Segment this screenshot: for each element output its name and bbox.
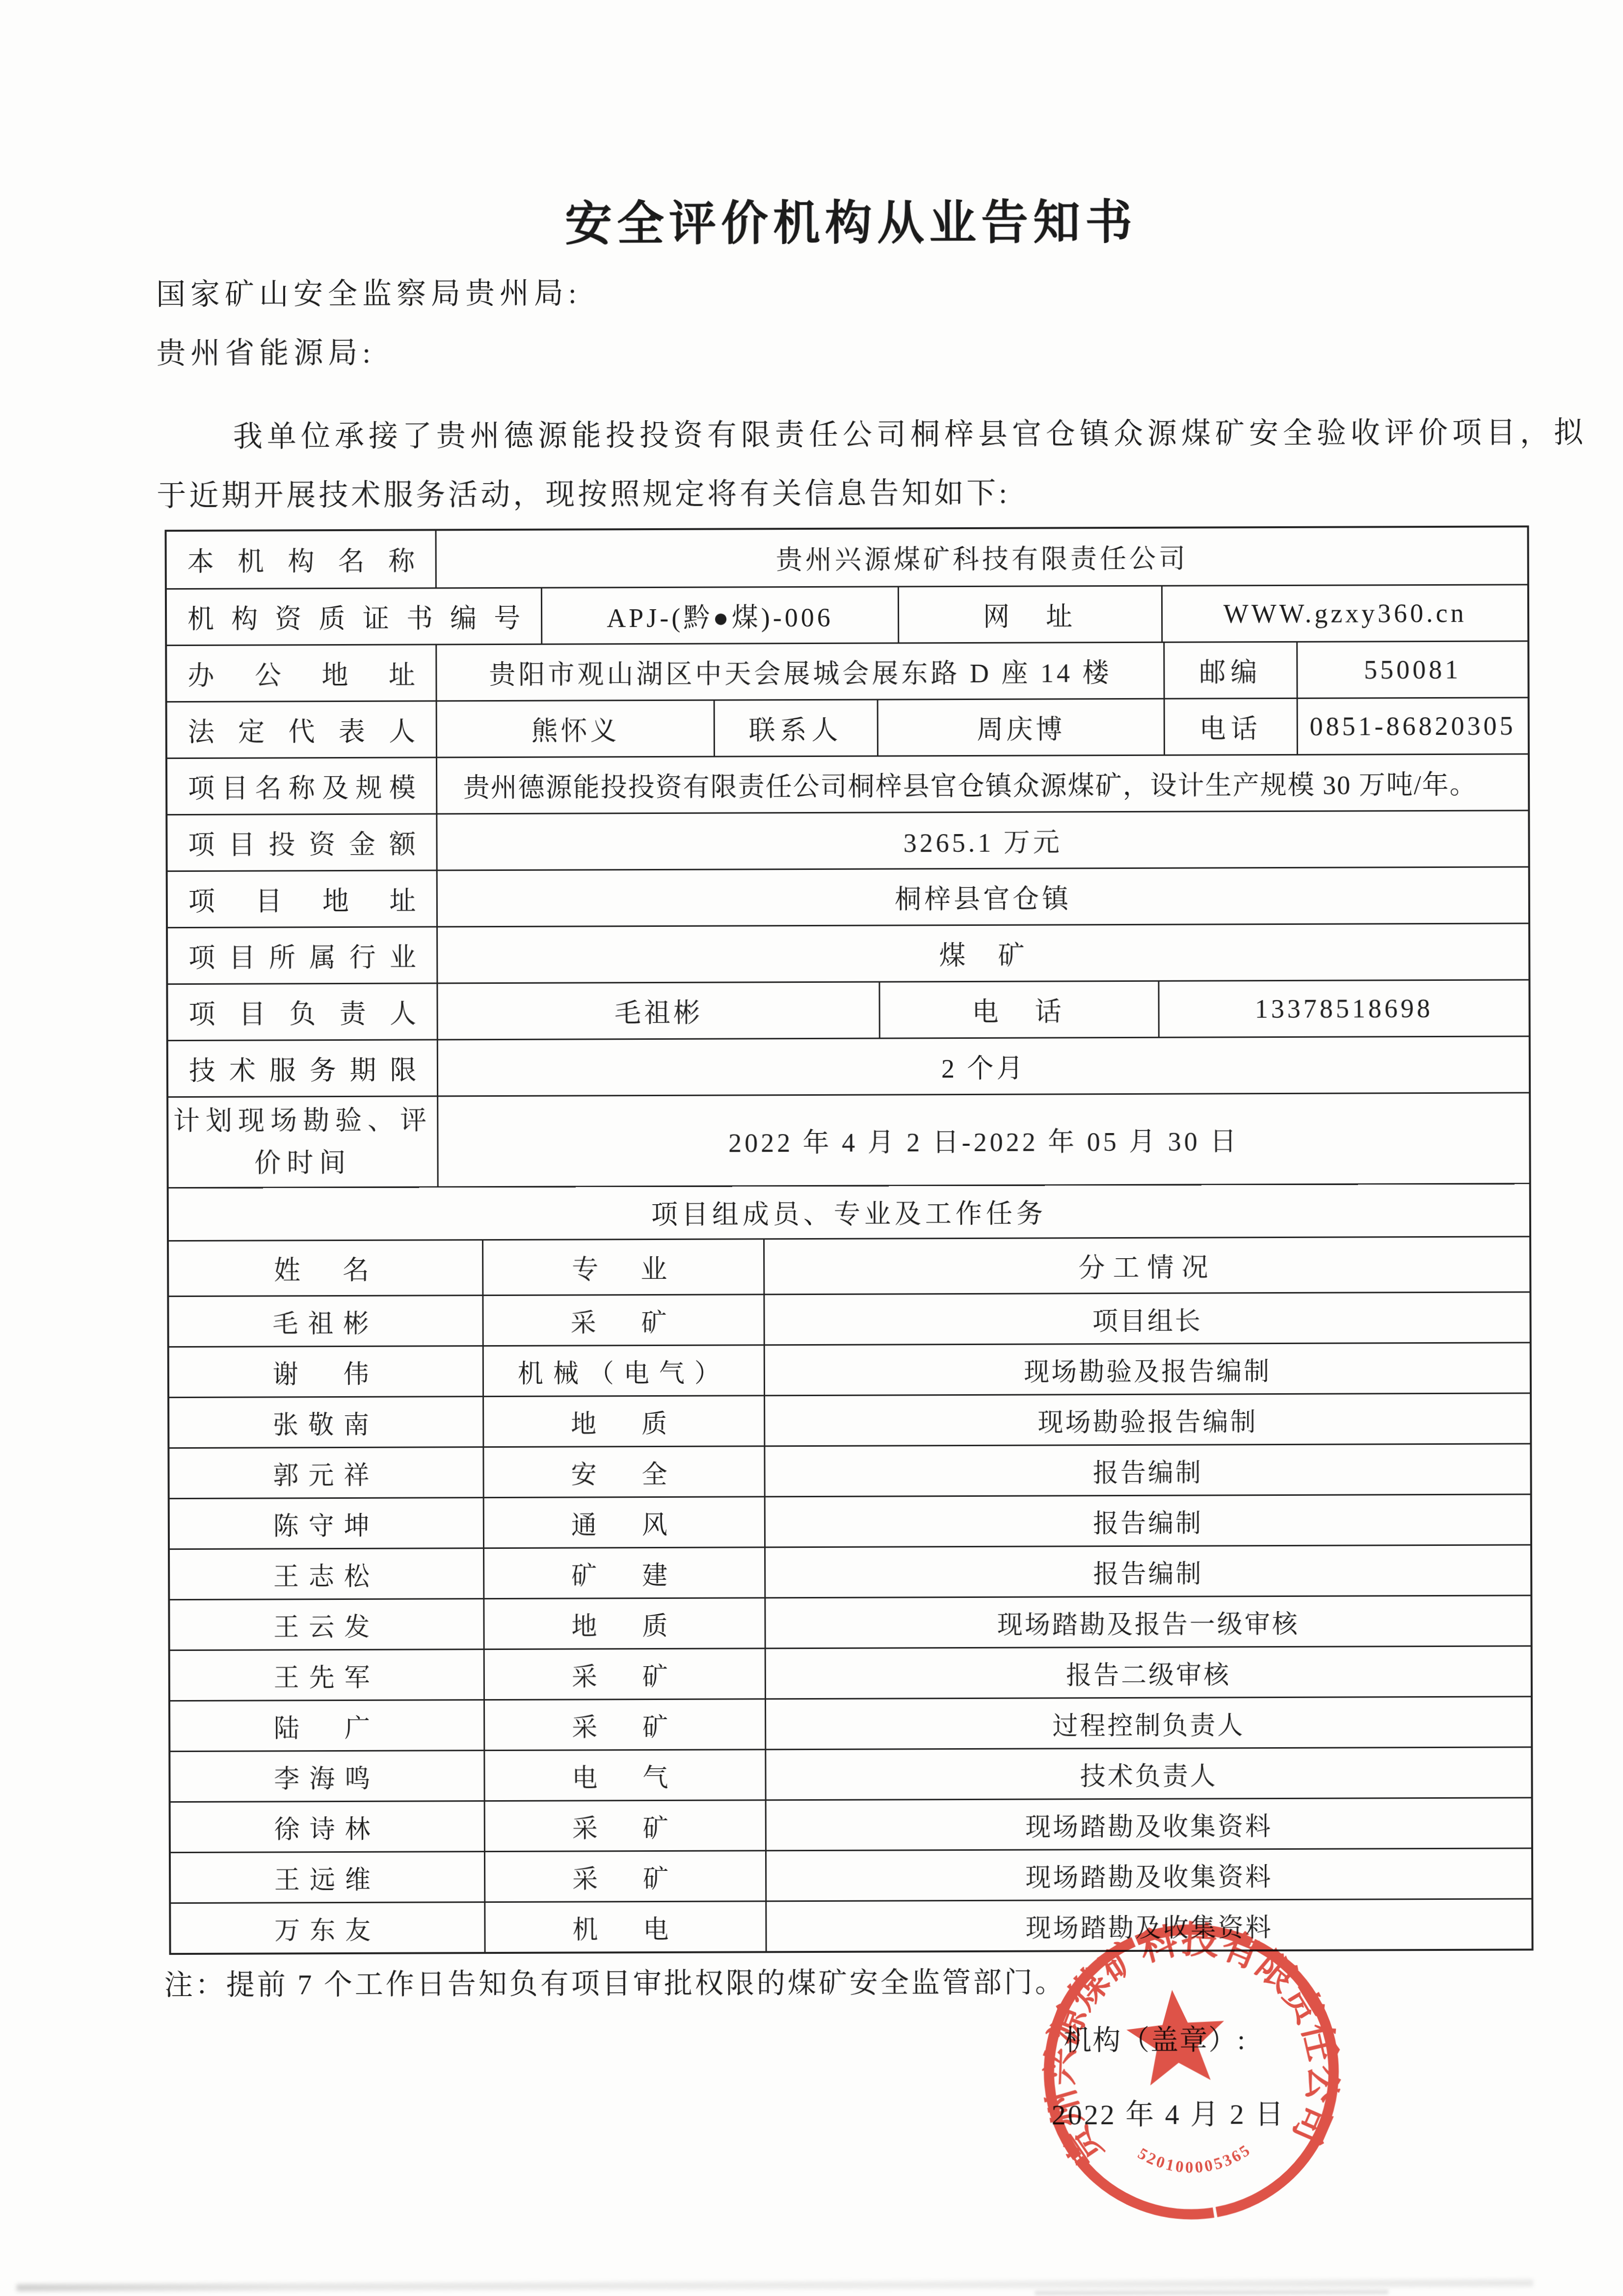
member-major: 安 全	[482, 1447, 764, 1497]
page-title: 安全评价机构从业告知书	[39, 183, 1623, 255]
table-row-service-term: 技术服务期限 2 个月	[168, 1035, 1529, 1096]
member-major: 采 矿	[483, 1649, 765, 1699]
office-address-value: 贵阳市观山湖区中天会展城会展东路 D 座 14 楼	[436, 643, 1164, 701]
project-lead-label: 项目负责人	[168, 984, 437, 1040]
project-address-value: 桐梓县官仓镇	[436, 867, 1528, 926]
legal-representative-label-text: 法定代表人	[167, 710, 436, 749]
document-sheet: 安全评价机构从业告知书 国家矿山安全监察局贵州局: 贵州省能源局: 我单位承接了…	[0, 0, 1623, 2296]
industry-label: 项目所属行业	[168, 927, 437, 983]
certificate-number: APJ-(黔●煤)-006	[541, 587, 898, 643]
member-row: 谢 伟 机械（电气） 现场勘验及报告编制	[169, 1342, 1530, 1397]
member-duty: 现场踏勘及报告一级审核	[765, 1596, 1531, 1648]
certificate-label-text: 机构资质证书编号	[167, 597, 541, 636]
schedule-label: 计划现场勘验、评 价时间	[168, 1097, 437, 1187]
member-row: 徐诗林 采 矿 现场踏勘及收集资料	[171, 1797, 1531, 1852]
member-major: 机械（电气）	[482, 1346, 764, 1396]
website-label: 网 址	[897, 587, 1161, 643]
lead-phone-value: 13378518698	[1158, 980, 1529, 1036]
investment-value: 3265.1 万元	[436, 811, 1528, 869]
member-duty: 报告编制	[764, 1444, 1530, 1496]
member-duty: 报告编制	[764, 1495, 1530, 1546]
addressee-line-1: 国家矿山安全监察局贵州局:	[156, 270, 582, 313]
member-name: 郭元祥	[169, 1448, 482, 1498]
table-row-members-title: 项目组成员、专业及工作任务	[169, 1183, 1529, 1240]
member-row: 陈守坤 通 风 报告编制	[170, 1493, 1530, 1548]
zip-label: 邮编	[1164, 643, 1297, 698]
scan-artifact-smudge	[17, 2279, 1533, 2291]
members-section-title: 项目组成员、专业及工作任务	[169, 1184, 1529, 1240]
contact-label: 联系人	[714, 701, 877, 756]
member-row: 郭元祥 安 全 报告编制	[169, 1443, 1530, 1498]
member-major: 采 矿	[483, 1700, 765, 1750]
member-duty: 过程控制负责人	[765, 1697, 1531, 1749]
member-row: 王志松 矿 建 报告编制	[170, 1544, 1530, 1599]
member-major: 采 矿	[483, 1801, 765, 1851]
table-row-project-name: 项目名称及规模 贵州德源能投投资有限责任公司桐梓县官仓镇众源煤矿，设计生产规模 …	[167, 753, 1528, 814]
stamp-star-icon	[1123, 1985, 1229, 2087]
addressee-line-2: 贵州省能源局:	[156, 329, 375, 372]
legal-representative-name: 熊怀义	[436, 701, 714, 757]
body-paragraph-line-2: 于近期开展技术服务活动，现按照规定将有关信息告知如下:	[157, 470, 1010, 514]
table-row-agency-name: 本机构名称 贵州兴源煤矿科技有限责任公司	[167, 527, 1527, 588]
member-major: 采 矿	[484, 1851, 766, 1901]
member-name: 王先军	[170, 1650, 483, 1700]
member-name: 毛祖彬	[169, 1296, 482, 1346]
table-row-schedule: 计划现场勘验、评 价时间 2022 年 4 月 2 日-2022 年 05 月 …	[168, 1092, 1529, 1187]
member-duty: 现场踏勘及收集资料	[765, 1849, 1531, 1900]
member-name: 李海鸣	[170, 1751, 483, 1801]
agency-name-label-text: 本机构名称	[167, 540, 436, 579]
member-name: 万东友	[171, 1903, 484, 1953]
member-row: 毛祖彬 采 矿 项目组长	[169, 1291, 1529, 1346]
member-row: 陆 广 采 矿 过程控制负责人	[170, 1696, 1531, 1751]
project-name-label-text: 项目名称及规模	[167, 767, 436, 806]
member-duty: 技术负责人	[765, 1748, 1531, 1799]
service-term-value: 2 个月	[437, 1037, 1529, 1095]
industry-label-text: 项目所属行业	[168, 936, 437, 975]
table-row-certificate: 机构资质证书编号 APJ-(黔●煤)-006 网 址 WWW.gzxy360.c…	[167, 584, 1527, 645]
footnote: 注：提前 7 个工作日告知负有项目审批权限的煤矿安全监管部门。	[164, 1959, 1066, 2003]
member-name: 徐诗林	[171, 1802, 484, 1852]
agency-name-value: 贵州兴源煤矿科技有限责任公司	[435, 527, 1527, 587]
table-row-members-header: 姓 名 专 业 分工情况	[169, 1236, 1529, 1296]
company-seal-stamp: 贵州兴源煤矿科技有限责任公司 520100005365	[1019, 1900, 1363, 2245]
project-address-label: 项目地址	[168, 871, 437, 927]
phone-label: 电话	[1164, 699, 1297, 755]
table-row-project-address: 项目地址 桐梓县官仓镇	[168, 866, 1528, 927]
member-name: 谢 伟	[169, 1347, 482, 1397]
investment-label: 项目投资金额	[167, 814, 436, 870]
office-address-label-text: 办公地址	[167, 654, 436, 693]
member-major: 通 风	[482, 1497, 764, 1547]
member-major: 机 电	[484, 1902, 766, 1952]
contact-name: 周庆博	[877, 700, 1164, 756]
members-header-name: 姓 名	[169, 1241, 482, 1296]
service-term-label-text: 技术服务期限	[168, 1049, 437, 1088]
member-major: 地 质	[482, 1396, 764, 1446]
members-header-duty: 分工情况	[763, 1237, 1529, 1294]
member-row: 王远维 采 矿 现场踏勘及收集资料	[171, 1847, 1531, 1902]
project-address-label-text: 项目地址	[168, 880, 437, 918]
scan-artifact-smudge	[1035, 2290, 1388, 2295]
member-duty: 项目组长	[764, 1293, 1530, 1344]
notification-info-table: 本机构名称 贵州兴源煤矿科技有限责任公司 机构资质证书编号 APJ-(黔●煤)-…	[165, 525, 1534, 1955]
lead-phone-label: 电 话	[879, 982, 1158, 1038]
project-lead-label-text: 项目负责人	[168, 993, 437, 1031]
member-row: 李海鸣 电 气 技术负责人	[170, 1746, 1531, 1801]
industry-value: 煤 矿	[437, 924, 1529, 982]
agency-name-label: 本机构名称	[167, 531, 436, 588]
member-major: 地 质	[483, 1598, 765, 1648]
table-row-legal-representative: 法定代表人 熊怀义 联系人 周庆博 电话 0851-86820305	[167, 697, 1528, 757]
table-row-industry: 项目所属行业 煤 矿	[168, 922, 1528, 983]
member-duty: 报告编制	[764, 1545, 1530, 1597]
service-term-label: 技术服务期限	[168, 1040, 437, 1096]
stamp-serial-text: 520100005365	[1133, 2135, 1256, 2182]
stamp-ring	[1037, 1918, 1346, 2227]
member-name: 陆 广	[170, 1701, 483, 1751]
schedule-value: 2022 年 4 月 2 日-2022 年 05 月 30 日	[437, 1093, 1529, 1186]
stamp-artwork: 贵州兴源煤矿科技有限责任公司 520100005365	[1025, 1906, 1356, 2228]
member-duty: 现场踏勘及收集资料	[765, 1798, 1531, 1850]
legal-representative-label: 法定代表人	[167, 702, 436, 757]
svg-text:520100005365: 520100005365	[1133, 2135, 1256, 2182]
zip-value: 550081	[1296, 642, 1528, 697]
member-duty: 现场勘验报告编制	[764, 1394, 1530, 1445]
project-lead-name: 毛祖彬	[437, 983, 879, 1039]
member-row: 张敬南 地 质 现场勘验报告编制	[169, 1392, 1530, 1447]
members-header-major: 专 业	[482, 1240, 764, 1295]
schedule-label-text: 计划现场勘验、评 价时间	[168, 1099, 437, 1185]
project-name-label: 项目名称及规模	[167, 758, 436, 814]
certificate-label: 机构资质证书编号	[167, 589, 541, 645]
table-row-office-address: 办公地址 贵阳市观山湖区中天会展城会展东路 D 座 14 楼 邮编 550081	[167, 640, 1527, 701]
member-row: 王云发 地 质 现场踏勘及报告一级审核	[170, 1594, 1530, 1649]
member-duty: 报告二级审核	[765, 1647, 1531, 1698]
table-row-project-lead: 项目负责人 毛祖彬 电 话 13378518698	[168, 979, 1528, 1040]
member-duty: 现场勘验及报告编制	[764, 1343, 1530, 1395]
table-row-investment: 项目投资金额 3265.1 万元	[167, 810, 1528, 870]
member-major: 电 气	[483, 1750, 765, 1800]
member-name: 张敬南	[169, 1397, 482, 1447]
member-name: 王志松	[170, 1549, 483, 1599]
member-major: 采 矿	[482, 1295, 764, 1345]
member-name: 王云发	[170, 1599, 483, 1649]
member-major: 矿 建	[483, 1548, 765, 1598]
body-paragraph-line-1: 我单位承接了贵州德源能投投资有限责任公司桐梓县官仓镇众源煤矿安全验收评价项目，拟	[233, 409, 1588, 456]
member-name: 陈守坤	[170, 1498, 483, 1548]
scanned-document-page: 安全评价机构从业告知书 国家矿山安全监察局贵州局: 贵州省能源局: 我单位承接了…	[0, 0, 1623, 2296]
office-address-label: 办公地址	[167, 645, 436, 701]
phone-value: 0851-86820305	[1296, 698, 1528, 754]
investment-label-text: 项目投资金额	[167, 823, 436, 862]
member-name: 王远维	[171, 1852, 484, 1902]
website-value: WWW.gzxy360.cn	[1161, 585, 1527, 641]
member-row: 王先军 采 矿 报告二级审核	[170, 1645, 1531, 1700]
project-name-value: 贵州德源能投投资有限责任公司桐梓县官仓镇众源煤矿，设计生产规模 30 万吨/年。	[436, 755, 1528, 813]
